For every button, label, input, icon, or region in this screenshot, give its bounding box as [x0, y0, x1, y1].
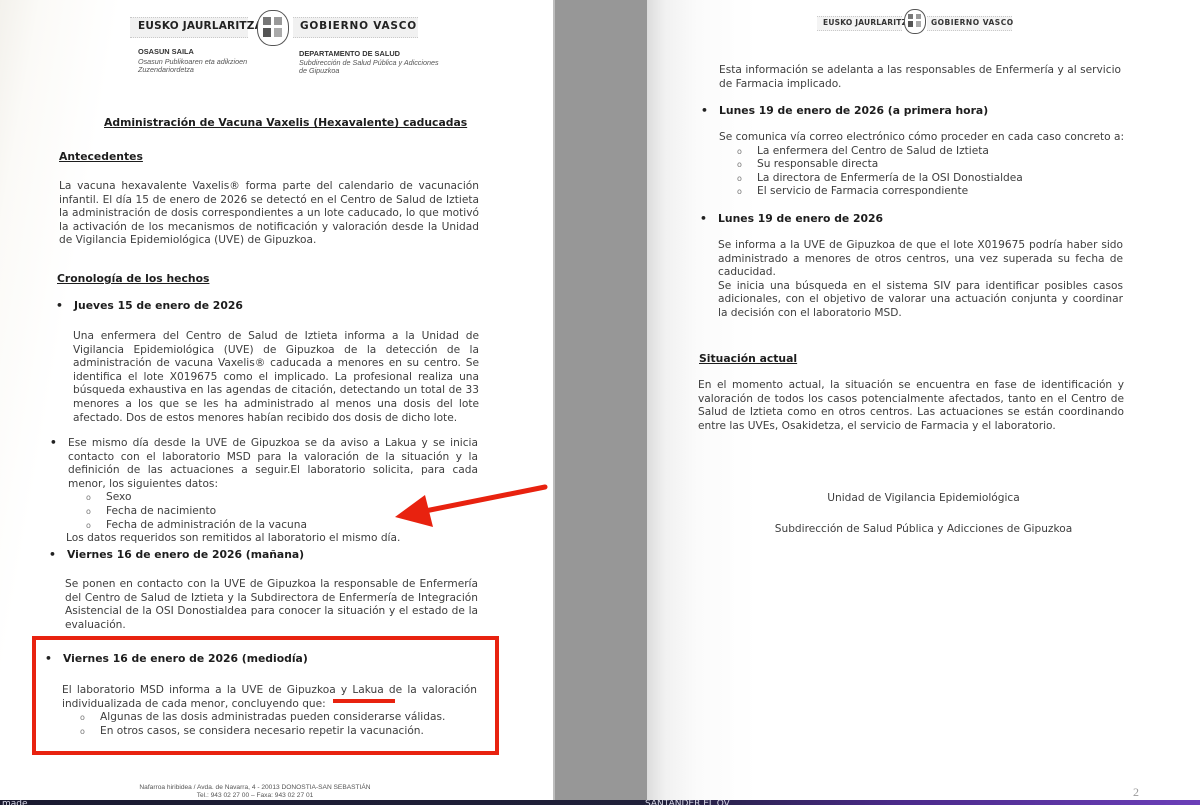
footer-address-line: Nafarroa hiribidea / Avda. de Navarra, 4…	[130, 784, 380, 792]
footer-address: Nafarroa hiribidea / Avda. de Navarra, 4…	[130, 784, 380, 800]
footer-phone-line: Tel.: 943 02 27 00 – Faxa: 943 02 27 01	[130, 792, 380, 800]
header-left-org: EUSKO JAURLARITZA	[823, 18, 913, 27]
red-highlight-box	[32, 636, 499, 755]
header-right-org: GOBIERNO VASCO	[931, 18, 1014, 27]
page2-event-2: Se informa a la UVE de Gipuzkoa de que e…	[718, 239, 1123, 321]
event-body-3: Se ponen en contacto con la UVE de Gipuz…	[65, 578, 478, 632]
list-item: La directora de Enfermería de la OSI Don…	[737, 172, 1129, 186]
header-right-org: GOBIERNO VASCO	[300, 20, 417, 32]
background-text-left: made	[2, 800, 28, 805]
document-page-1: EUSKO JAURLARITZA GOBIERNO VASCO OSASUN …	[0, 0, 553, 800]
section-heading-antecedentes: Antecedentes	[59, 150, 143, 163]
page2-event-date-1: Lunes 19 de enero de 2026 (a primera hor…	[719, 104, 988, 117]
viewer-gutter	[553, 0, 647, 800]
header-left-dept: OSASUN SAILA	[138, 48, 194, 56]
page-number: 2	[1133, 785, 1139, 800]
list-item: Su responsable directa	[737, 158, 1129, 172]
page2-event-body-1: Se comunica vía correo electrónico cómo …	[719, 131, 1129, 145]
red-arrow-icon	[380, 470, 555, 535]
coat-of-arms-icon	[257, 10, 289, 46]
page2-intro: Esta información se adelanta a las respo…	[719, 64, 1121, 91]
signature-line-1: Unidad de Vigilancia Epidemiológica	[647, 492, 1200, 506]
list-item: La enfermera del Centro de Salud de Izti…	[737, 145, 1129, 159]
event-body-1: Una enfermera del Centro de Salud de Izt…	[73, 330, 479, 425]
section-heading-cronologia: Cronología de los hechos	[57, 272, 209, 285]
page2-event-body-2a: Se informa a la UVE de Gipuzkoa de que e…	[718, 239, 1123, 280]
signature-line-2: Subdirección de Salud Pública y Adiccion…	[647, 523, 1200, 537]
antecedentes-body: La vacuna hexavalente Vaxelis® forma par…	[59, 180, 479, 248]
section-heading-situacion: Situación actual	[699, 352, 797, 365]
recipients-list: La enfermera del Centro de Salud de Izti…	[737, 145, 1129, 199]
list-item: El servicio de Farmacia correspondiente	[737, 185, 1129, 199]
header-left-org: EUSKO JAURLARITZA	[138, 20, 263, 32]
coat-of-arms-icon	[904, 9, 926, 34]
header-right-subdept-2: de Gipuzkoa	[299, 67, 339, 75]
page2-event-body-2b: Se inicia una búsqueda en el sistema SIV…	[718, 280, 1123, 321]
event-date-1: Jueves 15 de enero de 2026	[74, 299, 243, 312]
event-date-3: Viernes 16 de enero de 2026 (mañana)	[67, 548, 304, 561]
document-page-2: EUSKO JAURLARITZA GOBIERNO VASCO Esta in…	[647, 0, 1200, 800]
page2-event-1: Se comunica vía correo electrónico cómo …	[719, 131, 1129, 199]
red-underline	[333, 699, 395, 703]
document-title: Administración de Vacuna Vaxelis (Hexava…	[104, 116, 467, 129]
page2-event-date-2: Lunes 19 de enero de 2026	[718, 212, 883, 225]
background-text-center: SANTANDER EL OV	[645, 800, 730, 805]
situacion-body: En el momento actual, la situación se en…	[698, 379, 1124, 433]
background-strip	[0, 800, 1200, 805]
header-left-subdept-2: Zuzendariordetza	[138, 66, 194, 74]
